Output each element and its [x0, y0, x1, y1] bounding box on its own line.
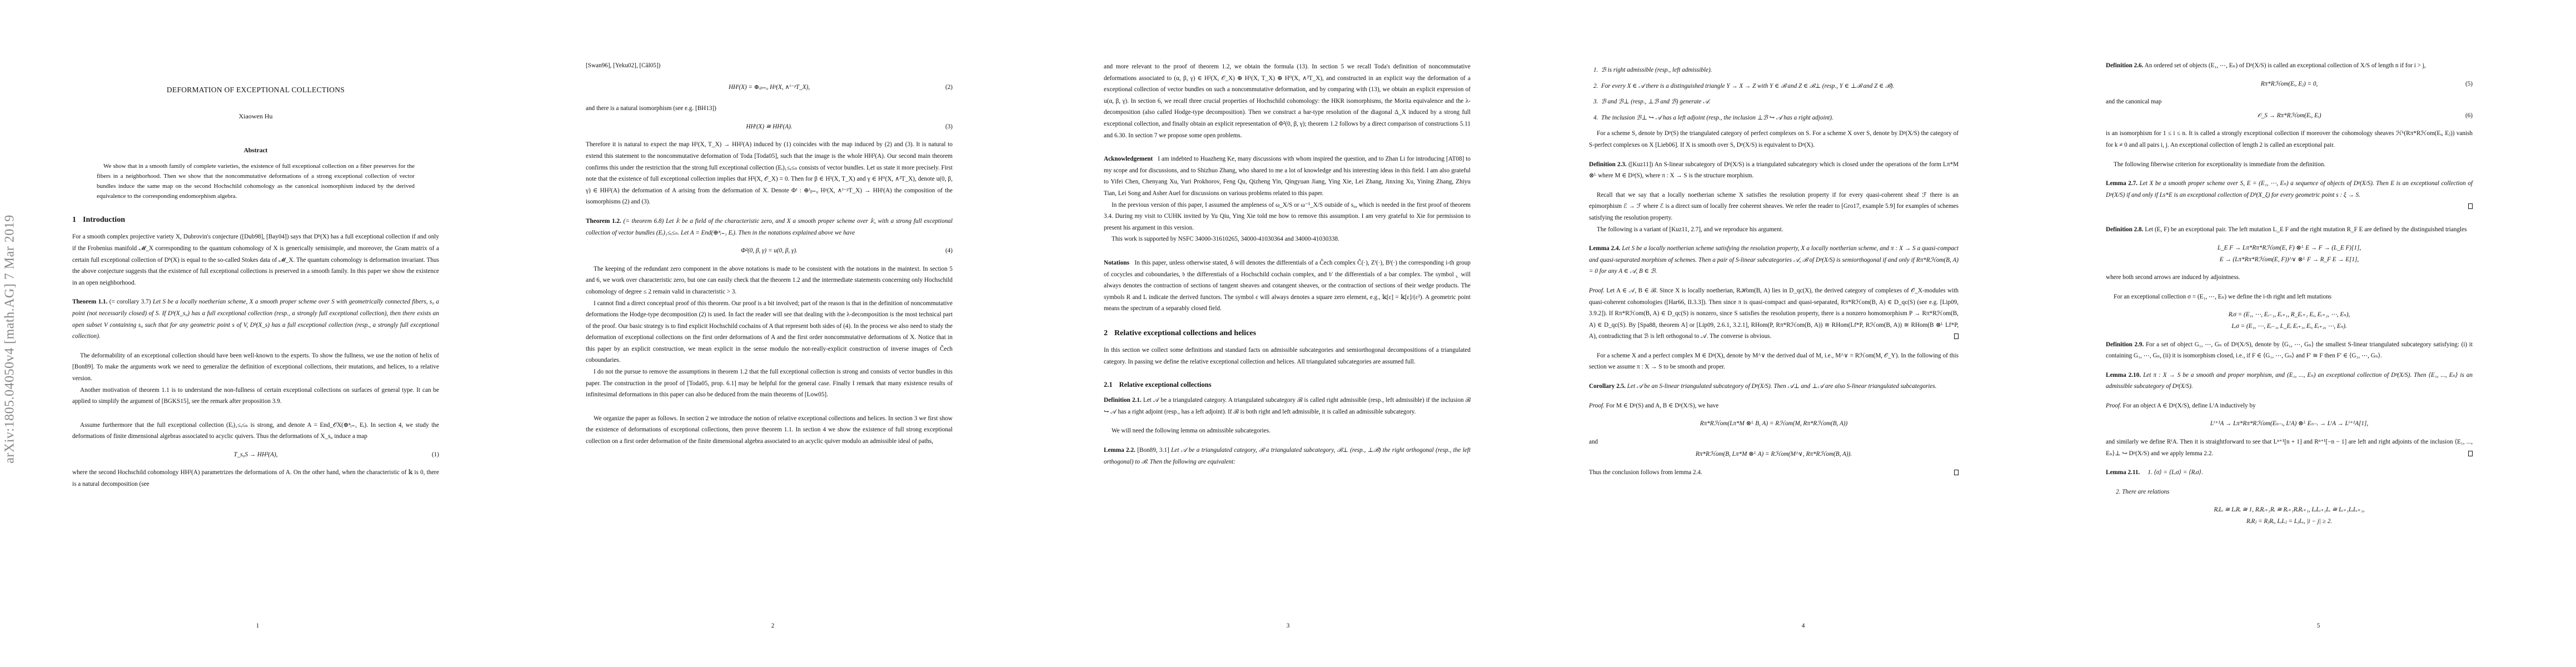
paragraph: where both second arrows are induced by … [2106, 272, 2473, 283]
page-number: 4 [1546, 623, 2061, 629]
equation-4: Φ²(0, β, γ) = u(0, β, γ).(4) [586, 245, 953, 257]
paragraph: Another motivation of theorem 1.1 is to … [72, 385, 439, 407]
paragraph: [Swan96], [Yeku02], [Căl05]) [586, 60, 953, 72]
paragraph: For a scheme X and a perfect complex M ∈… [1589, 350, 1959, 373]
paragraph: is an isomorphism for 1 ≤ i ≤ n. It is c… [2106, 128, 2473, 151]
paragraph: The following fiberwise criterion for ex… [2106, 159, 2473, 171]
page-4-content: 1.ℬ is right admissible (resp., left adm… [1589, 60, 1959, 479]
paragraph: and there is a natural isomorphism (see … [586, 103, 953, 115]
lemma-2-11-item-2: 2. There are relations [2116, 486, 2473, 498]
paragraph: I cannot find a direct conceptual proof … [586, 298, 953, 367]
paper-title: DEFORMATION OF EXCEPTIONAL COLLECTIONS [72, 84, 439, 96]
theorem-1-2: Theorem 1.2. (= theorem 6.8) Let 𝕜 be a … [586, 216, 953, 238]
notations: Notations In this paper, unless otherwis… [1104, 257, 1471, 315]
abstract-text: We show that in a smooth family of compl… [97, 161, 415, 201]
acknowledgement: Acknowledgement I am indebted to Huazhen… [1104, 153, 1471, 199]
document-viewer: arXiv:1805.04050v4 [math.AG] 7 Mar 2019 … [0, 0, 2576, 667]
page-5-content: Definition 2.6. An ordered set of object… [2106, 60, 2473, 534]
paragraph: In the previous version of this paper, I… [1104, 200, 1471, 234]
proof-corollary-2-5: Proof. For M ∈ Dᵖ(S) and A, B ∈ Dᵖ(X/S),… [1589, 400, 1959, 412]
equation-c2: Rπ*Rℋom(B, Lπ*M ⊗ᴸ A) = Rℋom(M^∨, Rπ*Rℋo… [1589, 449, 1959, 460]
equivalence-list: 1.ℬ is right admissible (resp., left adm… [1601, 64, 1959, 123]
paragraph: For a smooth complex projective variety … [72, 231, 439, 288]
lemma-2-7: Lemma 2.7. Let X be a smooth proper sche… [2106, 178, 2473, 201]
paragraph: In this section we collect some definiti… [1104, 345, 1471, 367]
paragraph: Recall that we say that a locally noethe… [1589, 190, 1959, 224]
page-1-content: DEFORMATION OF EXCEPTIONAL COLLECTIONS X… [72, 84, 439, 490]
definition-2-1: Definition 2.1. Let 𝒜 be a triangulated … [1104, 395, 1471, 417]
page-number: 2 [515, 623, 1030, 629]
author: Xiaowen Hu [72, 111, 439, 122]
equation-mutations: L_E F → Lπ*Rπ*Rℋom(E, F) ⊗ᴸ E → F → (L_E… [2106, 242, 2473, 265]
paragraph: The following is a variant of [Kuz11, 2.… [1589, 224, 1959, 236]
list-item: 4.The inclusion ℬ⊥ ↪ 𝒜 has a left adjoin… [1601, 112, 1959, 124]
qed-icon [1954, 333, 1959, 339]
paragraph: and [1589, 436, 1959, 448]
equation-3: HHⁱ(X) ≅ HHⁱ(A).(3) [586, 121, 953, 133]
equation-6: 𝒪_S → Rπ*Rℋom(Eᵢ, Eᵢ)(6) [2106, 110, 2473, 122]
equation-i-mutations: Rᵢσ = (E₁, ⋯, Eᵢ₋₁, Eᵢ₊₁, R_Eᵢ₊₁ Eᵢ, Eᵢ₊… [2106, 309, 2473, 332]
paragraph: I do not the pursue to remove the assump… [586, 366, 953, 401]
proof-lemma-2-10: Proof. For an object A ∈ Dᵖ(X/S), define… [2106, 400, 2473, 412]
page-3-content: and more relevant to the proof of theore… [1104, 61, 1471, 467]
qed-icon [2468, 451, 2473, 456]
page-5: Definition 2.6. An ordered set of object… [2061, 0, 2576, 667]
paragraph: The deformability of an exceptional coll… [72, 350, 439, 385]
definition-2-3: Definition 2.3. ([Kuz11]) An S-linear su… [1589, 159, 1959, 182]
subsection-heading-2-1: 2.1Relative exceptional collections [1104, 379, 1471, 391]
proof-lemma-2-4: Proof. Let A ∈ 𝒜, B ∈ ℬ. Since X is loca… [1589, 285, 1959, 342]
equation-inductive: Lⁱ⁺¹A → Lπ*Rπ*Rℋom(Eₙ₋ᵢ, LⁱA) ⊗ᴸ Eₙ₋ᵢ → … [2106, 418, 2473, 430]
abstract-heading: Abstract [72, 145, 439, 157]
qed-icon [1954, 470, 1959, 475]
equation-relations: RᵢLᵢ ≅ LᵢRᵢ ≅ 1, RᵢRᵢ₊₁Rᵢ ≅ Rᵢ₊₁RᵢRᵢ₊₁, … [2106, 504, 2473, 527]
equation-2: HHⁱ(X) = ⊕ᵢₚ₌₀ Hᵖ(X, ∧ⁱ⁻ᵖT_X),(2) [586, 82, 953, 93]
paragraph: and similarly we define RⁱA. Then it is … [2106, 436, 2473, 459]
list-item: 2.For every X ∈ 𝒜 there is a distinguish… [1601, 81, 1959, 92]
lemma-2-4: Lemma 2.4. Let S be a locally noetherian… [1589, 243, 1959, 277]
paragraph: This work is supported by NSFC 34000-316… [1104, 233, 1471, 245]
definition-2-9: Definition 2.9. For a set of object G₁, … [2106, 339, 2473, 362]
lemma-2-2: Lemma 2.2. [Bon89, 3.1] Let 𝒜 be a trian… [1104, 445, 1471, 467]
arxiv-stamp: arXiv:1805.04050v4 [math.AG] 7 Mar 2019 [2, 156, 18, 522]
lemma-2-11: Lemma 2.11. 1. ⟨σ⟩ = ⟨Lᵢσ⟩ = ⟨Rᵢσ⟩. [2106, 467, 2473, 479]
paragraph: We organize the paper as follows. In sec… [586, 413, 953, 447]
paragraph: Therefore it is natural to expect the ma… [586, 139, 953, 208]
lemma-2-10: Lemma 2.10. Let π : X → S be a smooth an… [2106, 370, 2473, 392]
paragraph: The keeping of the redundant zero compon… [586, 263, 953, 298]
corollary-2-5: Corollary 2.5. Let 𝒜 be an S-linear tria… [1589, 381, 1959, 392]
paragraph: Thus the conclusion follows from lemma 2… [1589, 467, 1959, 479]
page-number: 5 [2061, 623, 2576, 629]
page-4: 1.ℬ is right admissible (resp., left adm… [1546, 0, 2061, 667]
page-2: [Swan96], [Yeku02], [Căl05]) HHⁱ(X) = ⊕ᵢ… [515, 0, 1030, 667]
list-item: 3.ℬ and ℬ⊥ (resp., ⊥ℬ and ℬ) generate 𝒜. [1601, 96, 1959, 108]
list-item: 1.ℬ is right admissible (resp., left adm… [1601, 64, 1959, 76]
page-2-content: [Swan96], [Yeku02], [Căl05]) HHⁱ(X) = ⊕ᵢ… [586, 60, 953, 447]
paragraph: and the canonical map [2106, 96, 2473, 108]
paragraph: Assume furthermore that the full excepti… [72, 420, 439, 442]
paragraph: For an exceptional collection σ = (E₁, ⋯… [2106, 291, 2473, 303]
qed-line [2106, 201, 2473, 212]
qed-icon [2468, 203, 2473, 209]
section-heading-introduction: 1Introduction [72, 215, 439, 226]
page-3: and more relevant to the proof of theore… [1030, 0, 1546, 667]
page-number: 1 [0, 623, 515, 629]
paragraph: and more relevant to the proof of theore… [1104, 61, 1471, 141]
equation-1: T_s₀S → HH²(A),(1) [72, 449, 439, 461]
definition-2-8: Definition 2.8. Let (E, F) be an excepti… [2106, 224, 2473, 236]
page-1: arXiv:1805.04050v4 [math.AG] 7 Mar 2019 … [0, 0, 515, 667]
paragraph: where the second Hochschild cohomology H… [72, 467, 439, 490]
equation-5: Rπ*Rℋom(Eᵢ, Eⱼ) = 0,(5) [2106, 78, 2473, 90]
paragraph: For a scheme S, denote by Dᵖ(S) the tria… [1589, 128, 1959, 151]
definition-2-6: Definition 2.6. An ordered set of object… [2106, 60, 2473, 72]
paragraph: We will need the following lemma on admi… [1104, 425, 1471, 437]
theorem-1-1: Theorem 1.1. (= corollary 3.7) Let S be … [72, 296, 439, 342]
page-number: 3 [1030, 623, 1546, 629]
section-heading-2: 2Relative exceptional collections and he… [1104, 328, 1471, 340]
equation-c1: Rπ*Rℋom(Lπ*M ⊗ᴸ B, A) = Rℋom(M, Rπ*Rℋom(… [1589, 418, 1959, 430]
